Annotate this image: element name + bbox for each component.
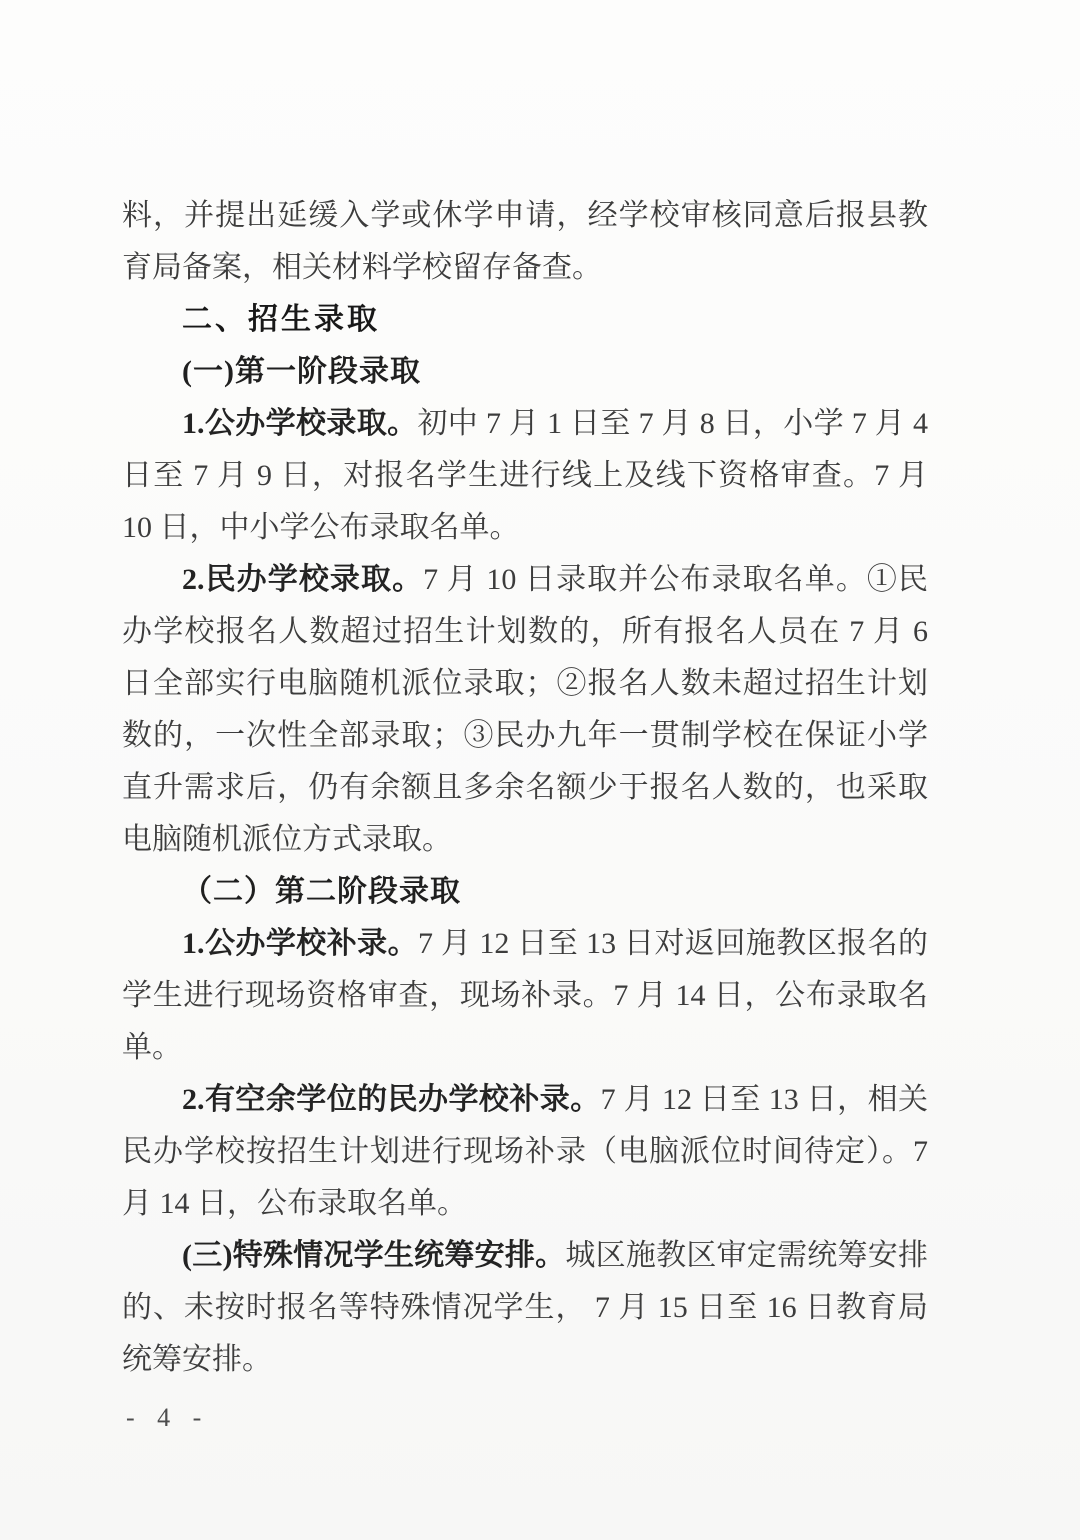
stage1-item2-body: 7 月 10 日录取并公布录取名单。①民办学校报名人数超过招生计划数的，所有报名… — [122, 563, 928, 856]
section-heading-text: 二、招生录取 — [182, 303, 380, 336]
paragraph-continuation-text: 料，并提出延缓入学或休学申请，经学校审核同意后报县教育局备案，相关材料学校留存备… — [122, 199, 928, 284]
document-body: 料，并提出延缓入学或休学申请，经学校审核同意后报县教育局备案，相关材料学校留存备… — [122, 190, 928, 1386]
section-heading-enrollment-admission: 二、招生录取 — [122, 294, 928, 346]
stage1-item2-paragraph: 2.民办学校录取。7 月 10 日录取并公布录取名单。①民办学校报名人数超过招生… — [122, 554, 928, 866]
stage2-item2-lead: 2.有空余学位的民办学校补录。 — [182, 1083, 601, 1116]
stage2-heading-text: （二）第二阶段录取 — [182, 875, 461, 908]
stage1-item1-lead: 1.公办学校录取。 — [182, 407, 417, 440]
stage2-item1-paragraph: 1.公办学校补录。7 月 12 日至 13 日对返回施教区报名的学生进行现场资格… — [122, 918, 928, 1074]
page-number: - 4 - — [126, 1398, 209, 1438]
document-page: 料，并提出延缓入学或休学申请，经学校审核同意后报县教育局备案，相关材料学校留存备… — [0, 0, 1080, 1540]
special-cases-lead: (三)特殊情况学生统筹安排。 — [182, 1239, 565, 1272]
stage1-heading: (一)第一阶段录取 — [122, 346, 928, 398]
stage1-heading-text: (一)第一阶段录取 — [182, 355, 421, 388]
special-cases-paragraph: (三)特殊情况学生统筹安排。城区施教区审定需统筹安排的、未按时报名等特殊情况学生… — [122, 1230, 928, 1386]
stage2-heading: （二）第二阶段录取 — [122, 866, 928, 918]
stage2-item2-paragraph: 2.有空余学位的民办学校补录。7 月 12 日至 13 日，相关民办学校按招生计… — [122, 1074, 928, 1230]
paragraph-continuation: 料，并提出延缓入学或休学申请，经学校审核同意后报县教育局备案，相关材料学校留存备… — [122, 190, 928, 294]
stage2-item1-lead: 1.公办学校补录。 — [182, 927, 418, 960]
stage1-item1-paragraph: 1.公办学校录取。初中 7 月 1 日至 7 月 8 日，小学 7 月 4 日至… — [122, 398, 928, 554]
stage1-item2-lead: 2.民办学校录取。 — [182, 563, 423, 596]
